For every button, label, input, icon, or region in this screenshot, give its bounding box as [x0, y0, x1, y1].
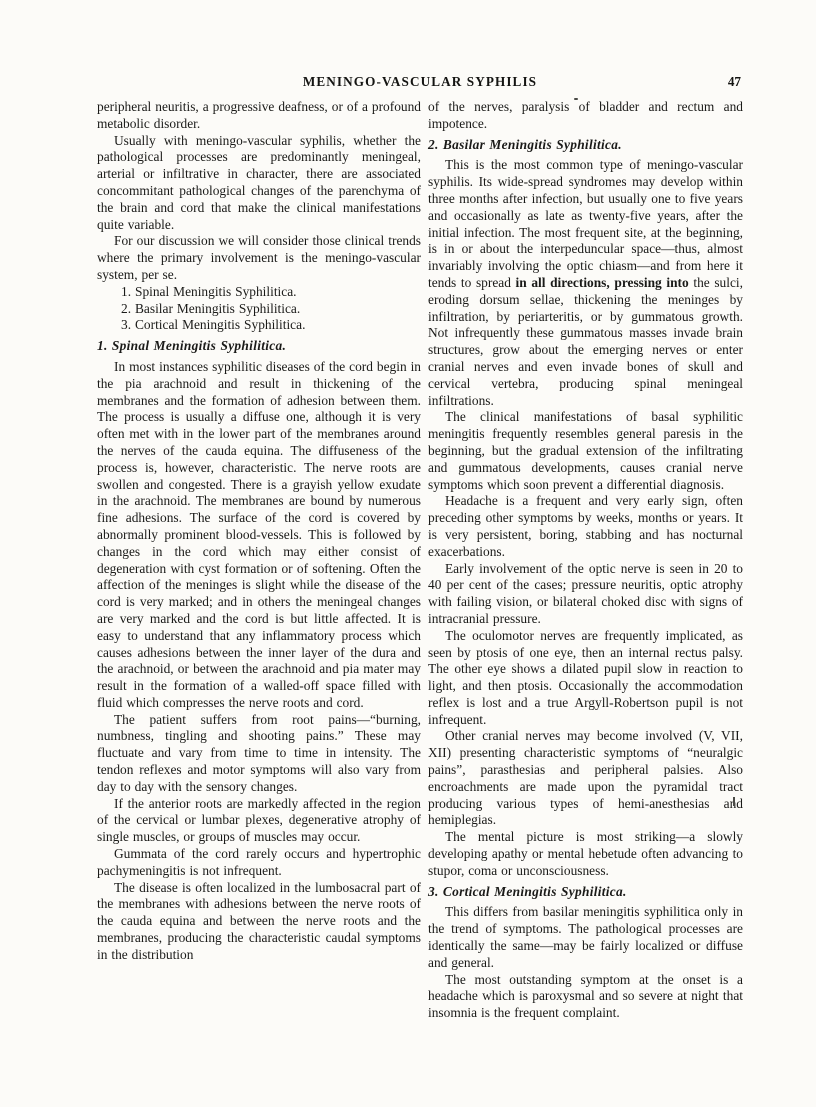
paragraph: The mental picture is most striking—a sl… — [428, 829, 743, 879]
paragraph: Gummata of the cord rarely occurs and hy… — [97, 846, 421, 880]
left-column: peripheral neuritis, a progressive deafn… — [97, 99, 421, 964]
paragraph: of the nerves, paralysis of bladder and … — [428, 99, 743, 133]
paragraph: The oculomotor nerves are frequently imp… — [428, 628, 743, 729]
paragraph: The most outstanding symptom at the onse… — [428, 972, 743, 1022]
paragraph: If the anterior roots are markedly affec… — [97, 796, 421, 846]
paragraph: Headache is a frequent and very early si… — [428, 493, 743, 560]
paragraph: The clinical manifestations of basal syp… — [428, 409, 743, 493]
paragraph: This differs from basilar meningitis syp… — [428, 904, 743, 971]
paragraph: Other cranial nerves may become involved… — [428, 728, 743, 829]
running-title: MENINGO-VASCULAR SYPHILIS — [303, 74, 537, 89]
page-number: 47 — [728, 74, 741, 91]
paragraph: Early involvement of the optic nerve is … — [428, 561, 743, 628]
paragraph: For our discussion we will consider thos… — [97, 233, 421, 283]
list-item: 3. Cortical Meningitis Syphilitica. — [97, 317, 421, 334]
section-heading: 3. Cortical Meningitis Syphilitica. — [428, 884, 743, 901]
paragraph: The disease is often localized in the lu… — [97, 880, 421, 964]
section-heading: 2. Basilar Meningitis Syphilitica. — [428, 137, 743, 154]
paragraph: Usually with meningo-vascular syphilis, … — [97, 133, 421, 234]
list-item: 1. Spinal Meningitis Syphilitica. — [97, 284, 421, 301]
paragraph: This is the most common type of meningo-… — [428, 157, 743, 409]
list-item: 2. Basilar Meningitis Syphilitica. — [97, 301, 421, 318]
page-header: MENINGO-VASCULAR SYPHILIS 47 — [97, 74, 743, 91]
right-column: of the nerves, paralysis of bladder and … — [428, 99, 743, 1022]
paragraph: peripheral neuritis, a progressive deafn… — [97, 99, 421, 133]
scan-artifact-tick — [733, 797, 735, 806]
section-heading: 1. Spinal Meningitis Syphilitica. — [97, 338, 421, 355]
paragraph: The patient suffers from root pains—“bur… — [97, 712, 421, 796]
emphasized-phrase: in all directions, pressing into — [516, 275, 689, 290]
scanned-book-page: MENINGO-VASCULAR SYPHILIS 47 peripheral … — [0, 0, 816, 1107]
paragraph: In most instances syphilitic diseases of… — [97, 359, 421, 712]
scan-artifact-dot — [574, 98, 578, 100]
